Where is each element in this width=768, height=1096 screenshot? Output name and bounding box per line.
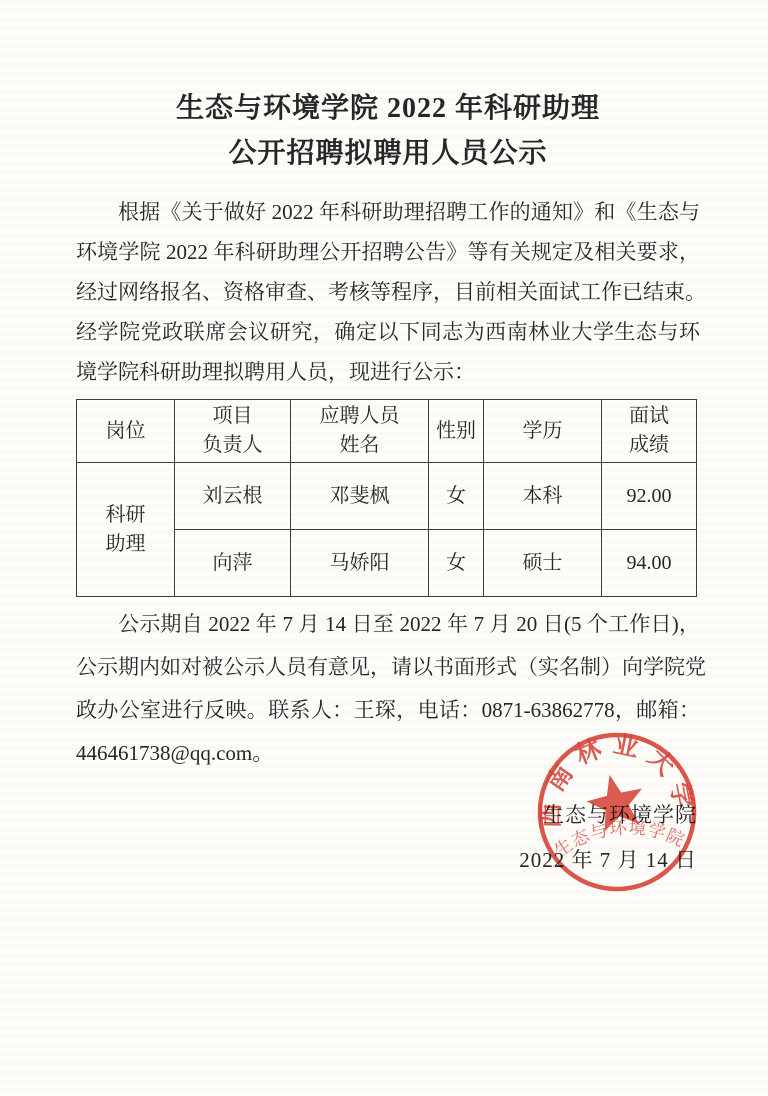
column-header-applicant-name: 应聘人员 姓名 <box>291 400 429 463</box>
document-title-line2: 公开招聘拟聘用人员公示 <box>76 131 700 176</box>
text-line: 公示期自 2022 年 7 月 14 日至 2022 年 7 月 20 日(5 … <box>76 603 700 646</box>
column-header-interview-score: 面试 成绩 <box>602 400 697 463</box>
cell-project-leader: 刘云根 <box>175 463 291 530</box>
text-line: 经学院党政联席会议研究，确定以下同志为西南林业大学生态与环 <box>76 312 700 352</box>
text-line: 政办公室进行反映。联系人：王琛，电话：0871-63862778，邮箱： <box>76 689 700 732</box>
column-header-education: 学历 <box>484 400 602 463</box>
text-line: 经过网络报名、资格审查、考核等程序，目前相关面试工作已结束。 <box>76 272 700 312</box>
cell-interview-score: 92.00 <box>602 463 697 530</box>
document-title: 生态与环境学院 2022 年科研助理 公开招聘拟聘用人员公示 <box>76 86 700 176</box>
column-header-project-leader: 项目 负责人 <box>175 400 291 463</box>
column-header-gender: 性别 <box>429 400 484 463</box>
cell-position: 科研 助理 <box>77 463 175 597</box>
table-row: 科研 助理 刘云根 邓斐枫 女 本科 92.00 <box>77 463 697 530</box>
text-line: 446461738@qq.com。 <box>76 732 700 775</box>
table-header-row: 岗位 项目 负责人 应聘人员 姓名 性别 学历 面试 成绩 <box>77 400 697 463</box>
document-page: 生态与环境学院 2022 年科研助理 公开招聘拟聘用人员公示 根据《关于做好 2… <box>0 0 768 1096</box>
document-content: 生态与环境学院 2022 年科研助理 公开招聘拟聘用人员公示 根据《关于做好 2… <box>76 86 700 775</box>
paragraph-intro: 根据《关于做好 2022 年科研助理招聘工作的通知》和《生态与 环境学院 202… <box>76 192 700 392</box>
column-header-position: 岗位 <box>77 400 175 463</box>
cell-interview-score: 94.00 <box>602 530 697 597</box>
text-line: 境学院科研助理拟聘用人员，现进行公示： <box>76 352 700 392</box>
paragraph-notice: 公示期自 2022 年 7 月 14 日至 2022 年 7 月 20 日(5 … <box>76 603 700 775</box>
cell-education: 硕士 <box>484 530 602 597</box>
text-line: 公示期内如对被公示人员有意见，请以书面形式（实名制）向学院党 <box>76 646 700 689</box>
cell-education: 本科 <box>484 463 602 530</box>
cell-applicant-name: 马娇阳 <box>291 530 429 597</box>
document-title-line1: 生态与环境学院 2022 年科研助理 <box>76 86 700 131</box>
signature-date: 2022 年 7 月 14 日 <box>519 844 697 874</box>
text-line: 根据《关于做好 2022 年科研助理招聘工作的通知》和《生态与 <box>76 192 700 232</box>
cell-applicant-name: 邓斐枫 <box>291 463 429 530</box>
cell-gender: 女 <box>429 530 484 597</box>
signature-org: 生态与环境学院 <box>543 799 697 829</box>
text-line: 环境学院 2022 年科研助理公开招聘公告》等有关规定及相关要求， <box>76 232 700 272</box>
cell-project-leader: 向萍 <box>175 530 291 597</box>
applicants-table: 岗位 项目 负责人 应聘人员 姓名 性别 学历 面试 成绩 科研 助理 刘云根 … <box>76 399 697 597</box>
cell-gender: 女 <box>429 463 484 530</box>
